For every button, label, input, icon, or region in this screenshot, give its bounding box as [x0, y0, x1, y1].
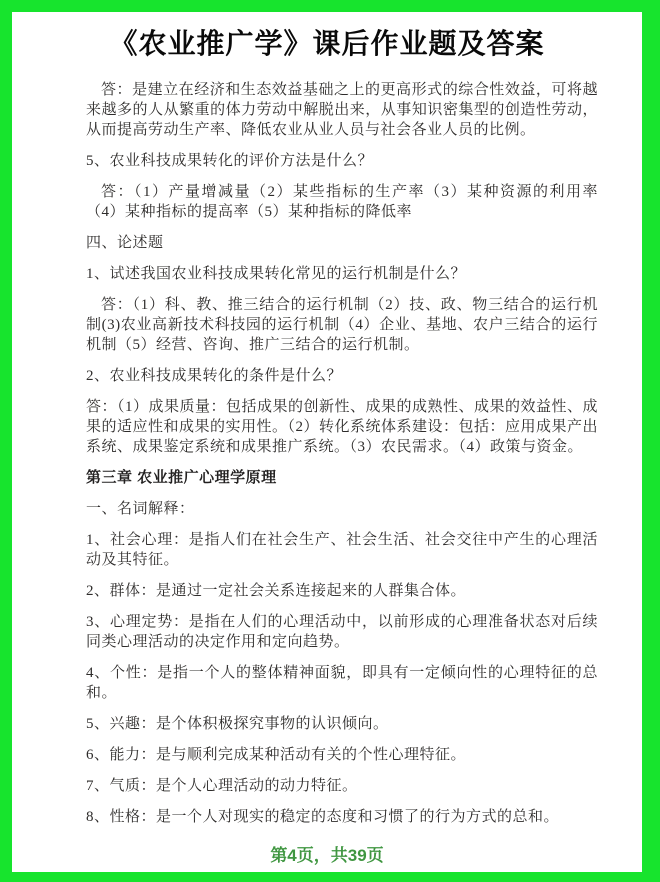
page-frame: 《农业推广学》课后作业题及答案 答：是建立在经济和生态效益基础之上的更高形式的综…	[0, 0, 660, 882]
paragraph: 8、性格：是一个人对现实的稳定的态度和习惯了的行为方式的总和。	[86, 807, 598, 827]
paragraph: 答：（1）成果质量：包括成果的创新性、成果的成熟性、成果的效益性、成果的适应性和…	[86, 397, 598, 457]
paragraph: 2、群体：是通过一定社会关系连接起来的人群集合体。	[86, 581, 598, 601]
paragraph: 4、个性：是指一个人的整体精神面貌，即具有一定倾向性的心理特征的总和。	[86, 663, 598, 703]
paragraph: 2、农业科技成果转化的条件是什么？	[86, 366, 598, 386]
page-title: 《农业推广学》课后作业题及答案	[12, 22, 642, 62]
paragraph: 四、论述题	[86, 233, 598, 253]
paragraph: 5、兴趣：是个体积极探究事物的认识倾向。	[86, 714, 598, 734]
paragraph: 1、社会心理：是指人们在社会生产、社会生活、社会交往中产生的心理活动及其特征。	[86, 530, 598, 570]
paragraph: 答：是建立在经济和生态效益基础之上的更高形式的综合性效益，可将越来越多的人从繁重…	[86, 80, 598, 140]
page-footer: 第4页，共39页	[12, 841, 642, 866]
paragraph: 答：（1）科、教、推三结合的运行机制（2）技、政、物三结合的运行机制(3)农业高…	[86, 295, 598, 355]
paragraph: 1、试述我国农业科技成果转化常见的运行机制是什么？	[86, 264, 598, 284]
paragraph: 5、农业科技成果转化的评价方法是什么？	[86, 151, 598, 171]
chapter-heading: 第三章 农业推广心理学原理	[86, 468, 598, 488]
paragraph: 6、能力：是与顺利完成某种活动有关的个性心理特征。	[86, 745, 598, 765]
paragraph: 一、名词解释：	[86, 499, 598, 519]
document-body: 答：是建立在经济和生态效益基础之上的更高形式的综合性效益，可将越来越多的人从繁重…	[12, 80, 642, 827]
paragraph: 答：（1）产量增减量（2）某些指标的生产率（3）某种资源的利用率（4）某种指标的…	[86, 182, 598, 222]
paragraph: 7、气质：是个人心理活动的动力特征。	[86, 776, 598, 796]
paragraph: 3、心理定势：是指在人们的心理活动中，以前形成的心理准备状态对后续同类心理活动的…	[86, 612, 598, 652]
